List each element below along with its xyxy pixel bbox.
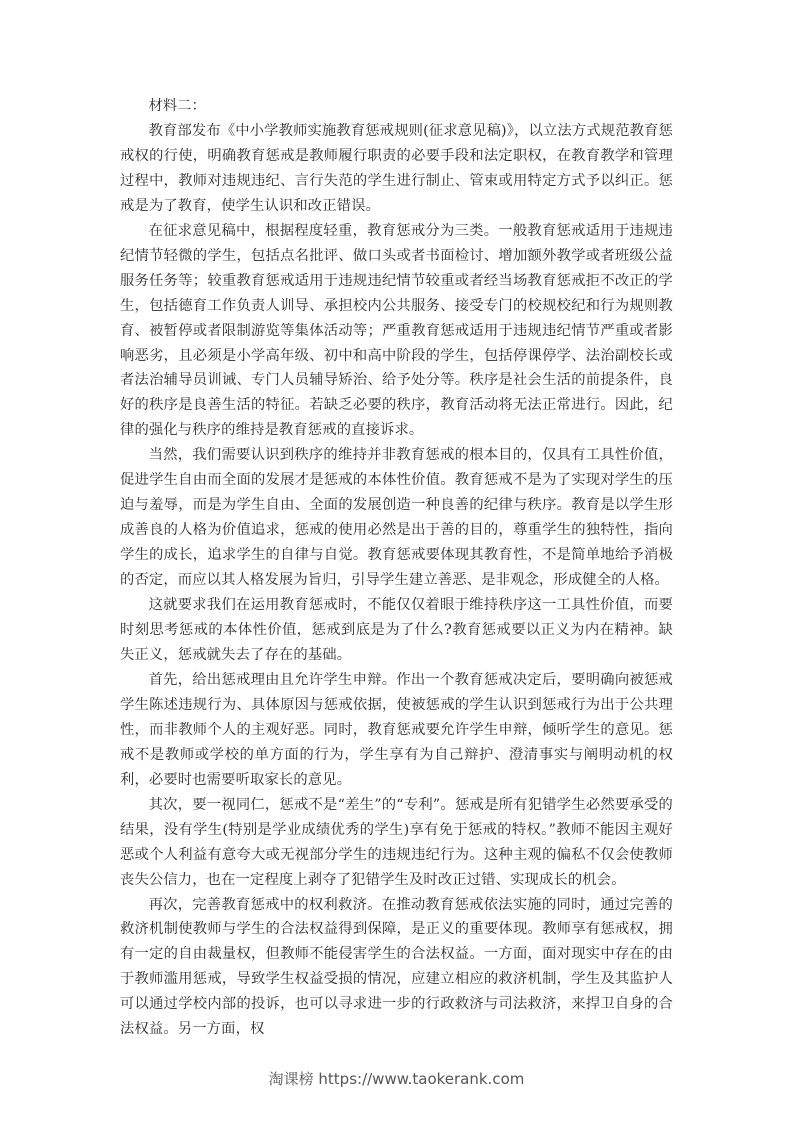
- paragraph-6: 其次，要一视同仁，惩戒不是“差生”的“专利”。惩戒是所有犯错学生必然要承受的结果…: [120, 793, 673, 893]
- material-heading: 材料二：: [120, 94, 673, 119]
- paragraph-1: 教育部发布《中小学教师实施教育惩戒规则(征求意见稿)》，以立法方式规范教育惩戒权…: [120, 119, 673, 219]
- paragraph-3: 当然，我们需要认识到秩序的维持并非教育惩戒的根本目的，仅具有工具性价值，促进学生…: [120, 443, 673, 593]
- paragraph-5: 首先，给出惩戒理由且允许学生申辩。作出一个教育惩戒决定后，要明确向被惩戒学生陈述…: [120, 668, 673, 793]
- paragraph-2: 在征求意见稿中，根据程度轻重，教育惩戒分为三类。一般教育惩戒适用于违规违纪情节轻…: [120, 219, 673, 444]
- paragraph-4: 这就要求我们在运用教育惩戒时，不能仅仅着眼于维持秩序这一工具性价值，而要时刻思考…: [120, 593, 673, 668]
- document-body: 材料二： 教育部发布《中小学教师实施教育惩戒规则(征求意见稿)》，以立法方式规范…: [120, 94, 673, 1042]
- footer-watermark: 淘课榜 https://www.taokerank.com: [0, 1068, 793, 1089]
- paragraph-7: 再次，完善教育惩戒中的权利救济。在推动教育惩戒依法实施的同时，通过完善的救济机制…: [120, 893, 673, 1043]
